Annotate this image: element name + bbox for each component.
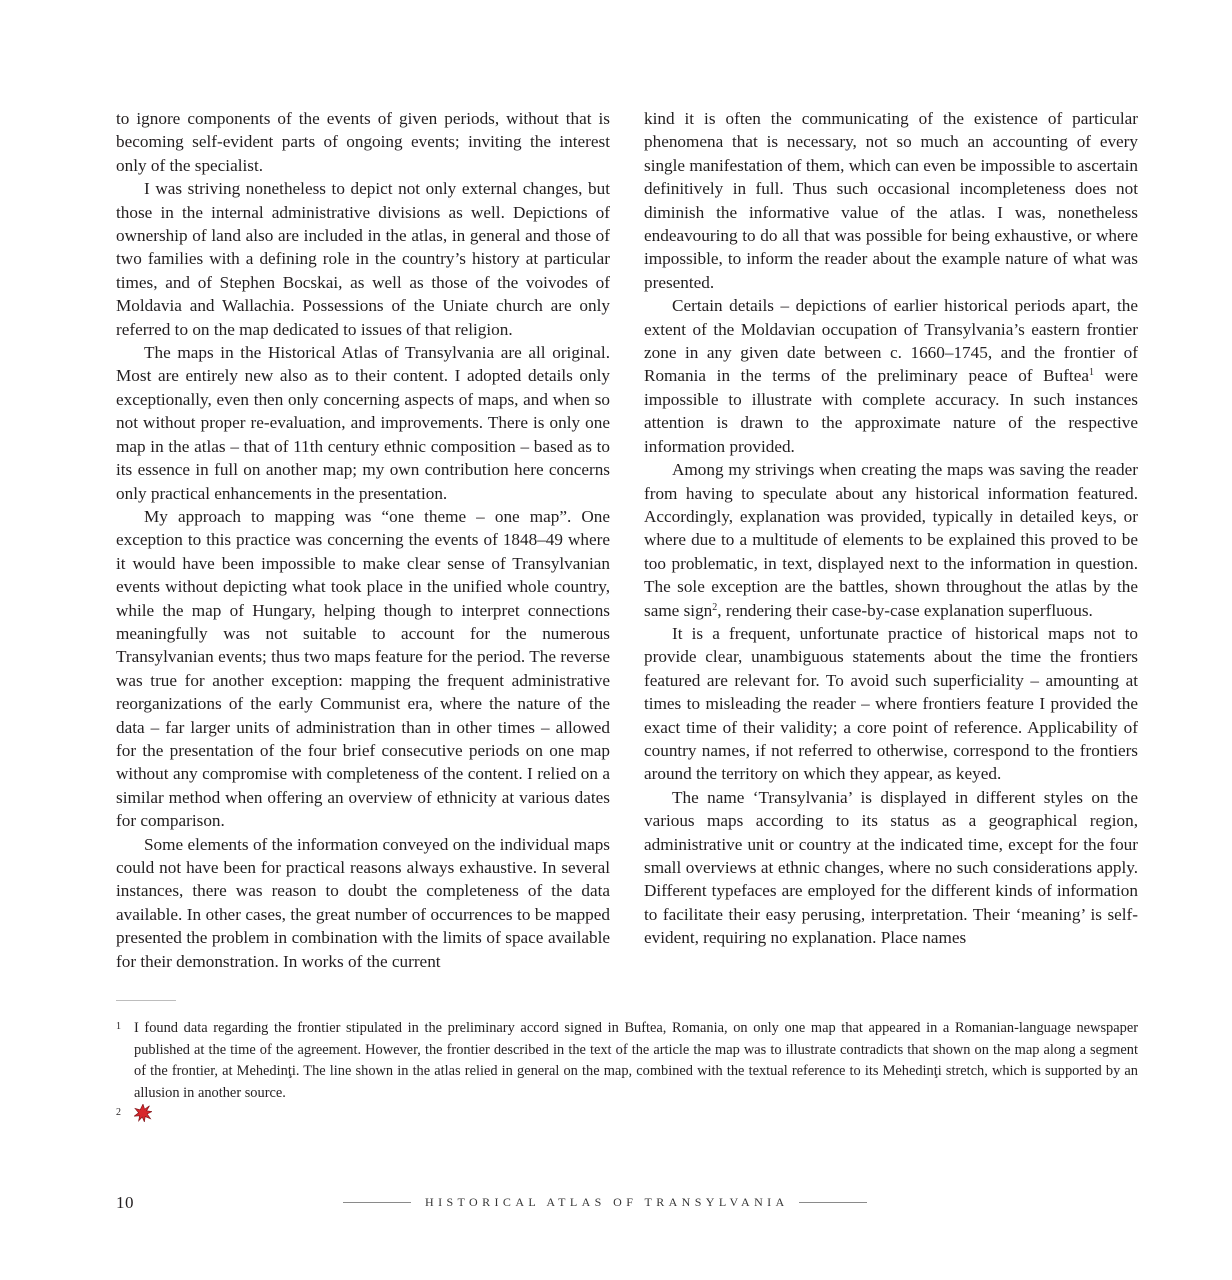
footnote-divider: [116, 1000, 176, 1001]
left-column: to ignore components of the events of gi…: [116, 107, 610, 973]
paragraph: I was striving nonetheless to depict not…: [116, 177, 610, 341]
footnote-2: 2: [116, 1104, 1138, 1127]
page-number: 10: [116, 1193, 134, 1213]
paragraph: Among my strivings when creating the map…: [644, 458, 1138, 622]
footnotes: 1 I found data regarding the frontier st…: [116, 1018, 1138, 1127]
running-head-rule-right: [799, 1202, 867, 1203]
paragraph: Some elements of the information conveye…: [116, 833, 610, 973]
running-head-title: HISTORICAL ATLAS OF TRANSYLVANIA: [411, 1195, 799, 1210]
paragraph: My approach to mapping was “one theme – …: [116, 505, 610, 833]
right-column: kind it is often the communicating of th…: [644, 107, 1138, 950]
paragraph: Certain details – depictions of earlier …: [644, 294, 1138, 458]
footnote-text: I found data regarding the frontier stip…: [134, 1020, 1138, 1101]
paragraph-text: Among my strivings when creating the map…: [644, 460, 1138, 619]
page-footer: 10 HISTORICAL ATLAS OF TRANSYLVANIA: [116, 1193, 1132, 1217]
running-head: HISTORICAL ATLAS OF TRANSYLVANIA: [343, 1195, 867, 1210]
footnote-number: 2: [116, 1102, 121, 1124]
running-head-rule-left: [343, 1202, 411, 1203]
paragraph: It is a frequent, unfortunate practice o…: [644, 622, 1138, 786]
paragraph: kind it is often the communicating of th…: [644, 107, 1138, 294]
footnote-number: 1: [116, 1016, 121, 1038]
paragraph-text: Certain details – depictions of earlier …: [644, 296, 1138, 385]
paragraph-text: , rendering their case-by-case explanati…: [717, 601, 1093, 620]
battle-sign-icon: [134, 1104, 152, 1122]
paragraph: The name ‘Transylvania’ is displayed in …: [644, 786, 1138, 950]
paragraph: The maps in the Historical Atlas of Tran…: [116, 341, 610, 505]
paragraph: to ignore components of the events of gi…: [116, 107, 610, 177]
footnote-1: 1 I found data regarding the frontier st…: [116, 1018, 1138, 1104]
